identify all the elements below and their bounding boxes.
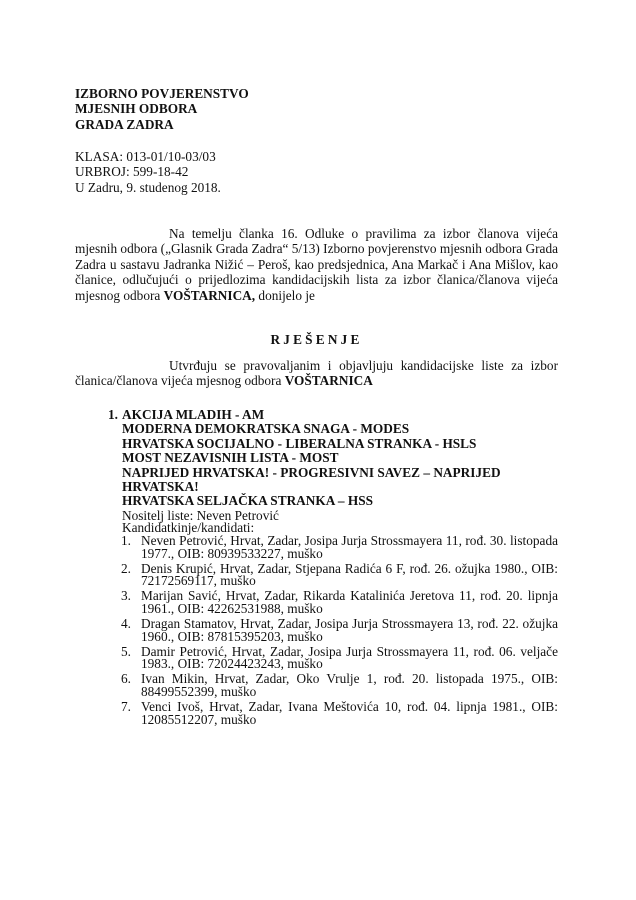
decision-district-name: VOŠTARNICA bbox=[285, 373, 373, 388]
candidate-number: 1. bbox=[121, 535, 131, 548]
urbroj: URBROJ: 599-18-42 bbox=[75, 164, 558, 179]
intro-suffix: donijelo je bbox=[255, 288, 315, 303]
candidate-item: 4.Dragan Stamatov, Hrvat, Zadar, Josipa … bbox=[121, 618, 558, 643]
candidate-text: Damir Petrović, Hrvat, Zadar, Josipa Jur… bbox=[141, 646, 558, 671]
candidate-item: 7.Venci Ivoš, Hrvat, Zadar, Ivana Meštov… bbox=[121, 701, 558, 726]
party-name: MODERNA DEMOKRATSKA SNAGA - MODES bbox=[122, 422, 512, 436]
issuer-header: IZBORNO POVJERENSTVO MJESNIH ODBORA GRAD… bbox=[75, 86, 558, 132]
issuer-line: MJESNIH ODBORA bbox=[75, 101, 558, 116]
list-number: 1. bbox=[108, 408, 118, 422]
candidates-list: 1.Neven Petrović, Hrvat, Zadar, Josipa J… bbox=[121, 535, 558, 729]
document-meta: KLASA: 013-01/10-03/03 URBROJ: 599-18-42… bbox=[75, 149, 558, 195]
candidate-text: Denis Krupić, Hrvat, Zadar, Stjepana Rad… bbox=[141, 563, 558, 588]
candidate-text: Neven Petrović, Hrvat, Zadar, Josipa Jur… bbox=[141, 535, 558, 560]
issuer-line: GRADA ZADRA bbox=[75, 117, 558, 132]
intro-paragraph: Na temelju članka 16. Odluke o pravilima… bbox=[75, 226, 558, 303]
candidate-number: 5. bbox=[121, 646, 131, 659]
party-name: NAPRIJED HRVATSKA! - PROGRESIVNI SAVEZ –… bbox=[122, 466, 512, 495]
candidate-item: 2.Denis Krupić, Hrvat, Zadar, Stjepana R… bbox=[121, 563, 558, 588]
decision-title: RJEŠENJE bbox=[75, 332, 558, 347]
candidate-text: Venci Ivoš, Hrvat, Zadar, Ivana Meštović… bbox=[141, 701, 558, 726]
candidate-number: 7. bbox=[121, 701, 131, 714]
candidate-number: 6. bbox=[121, 673, 131, 686]
issuer-line: IZBORNO POVJERENSTVO bbox=[75, 86, 558, 101]
candidate-item: 1.Neven Petrović, Hrvat, Zadar, Josipa J… bbox=[121, 535, 558, 560]
decision-paragraph: Utvrđuju se pravovaljanim i objavljuju k… bbox=[75, 358, 558, 389]
party-name: HRVATSKA SOCIJALNO - LIBERALNA STRANKA -… bbox=[122, 437, 512, 451]
party-name: AKCIJA MLADIH - AM bbox=[122, 408, 512, 422]
candidate-number: 3. bbox=[121, 590, 131, 603]
candidate-text: Ivan Mikin, Hrvat, Zadar, Oko Vrulje 1, … bbox=[141, 673, 558, 698]
candidate-text: Marijan Savić, Hrvat, Zadar, Rikarda Kat… bbox=[141, 590, 558, 615]
document-page: IZBORNO POVJERENSTVO MJESNIH ODBORA GRAD… bbox=[0, 0, 636, 900]
intro-district-name: VOŠTARNICA, bbox=[164, 288, 255, 303]
candidate-text: Dragan Stamatov, Hrvat, Zadar, Josipa Ju… bbox=[141, 618, 558, 643]
candidate-item: 5.Damir Petrović, Hrvat, Zadar, Josipa J… bbox=[121, 646, 558, 671]
party-name: HRVATSKA SELJAČKA STRANKA – HSS bbox=[122, 494, 512, 508]
candidate-number: 4. bbox=[121, 618, 131, 631]
date-place: U Zadru, 9. studenog 2018. bbox=[75, 180, 558, 195]
intro-text: Na temelju članka 16. Odluke o pravilima… bbox=[75, 226, 558, 303]
candidate-item: 3.Marijan Savić, Hrvat, Zadar, Rikarda K… bbox=[121, 590, 558, 615]
candidate-number: 2. bbox=[121, 563, 131, 576]
party-name: MOST NEZAVISNIH LISTA - MOST bbox=[122, 451, 512, 465]
candidate-item: 6.Ivan Mikin, Hrvat, Zadar, Oko Vrulje 1… bbox=[121, 673, 558, 698]
candidate-list: 1. AKCIJA MLADIH - AM MODERNA DEMOKRATSK… bbox=[108, 408, 512, 523]
klasa: KLASA: 013-01/10-03/03 bbox=[75, 149, 558, 164]
